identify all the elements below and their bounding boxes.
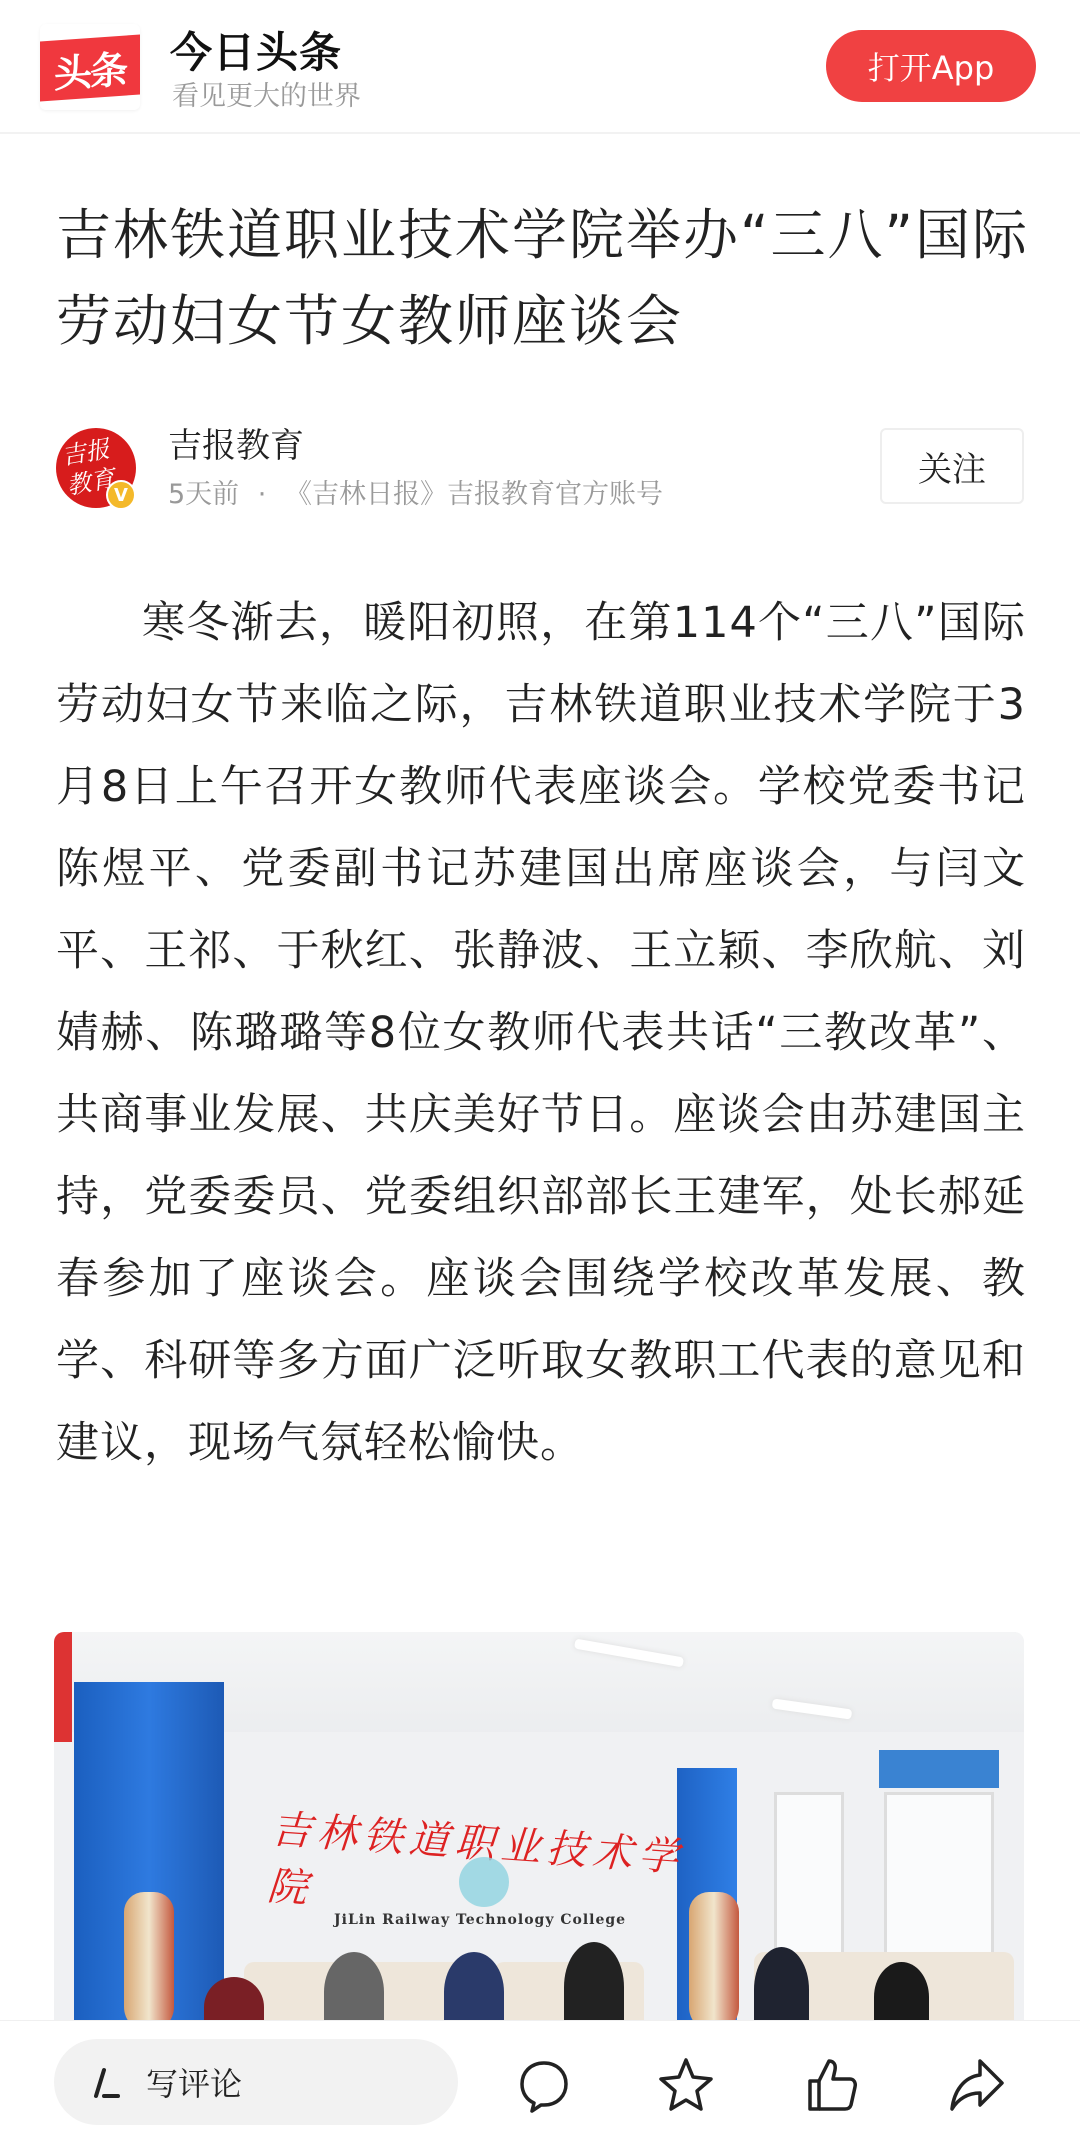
- photo-vase: [124, 1892, 174, 2032]
- follow-button[interactable]: 关注: [880, 428, 1024, 504]
- comment-icon[interactable]: [514, 2055, 574, 2115]
- author-avatar[interactable]: 吉报教育 V: [56, 428, 136, 508]
- article-title: 吉林铁道职业技术学院举办“三八”国际劳动妇女节女教师座谈会: [56, 192, 1046, 364]
- photo-sign-english: JiLin Railway Technology College: [334, 1912, 626, 1928]
- like-icon[interactable]: [802, 2055, 862, 2115]
- bottom-action-bar: 写评论: [0, 2020, 1080, 2129]
- article-paragraph: 寒冬渐去，暖阳初照，在第114个“三八”国际劳动妇女节来临之际，吉林铁道职业技术…: [56, 582, 1026, 1484]
- app-name: 今日头条: [170, 20, 342, 80]
- app-header: 头条 今日头条 看见更大的世界 打开App: [0, 0, 1080, 134]
- meta-separator: ·: [258, 479, 267, 510]
- star-icon[interactable]: [656, 2055, 716, 2115]
- pen-icon: [88, 2062, 128, 2102]
- author-description: 《吉林日报》吉报教育官方账号: [285, 479, 663, 510]
- logo-text: 头条: [40, 35, 140, 102]
- photo-vase: [689, 1892, 739, 2032]
- author-meta: 5天前 · 《吉林日报》吉报教育官方账号: [168, 472, 663, 511]
- comment-placeholder: 写评论: [146, 2059, 242, 2105]
- toutiao-logo[interactable]: 头条: [40, 24, 140, 110]
- article-photo[interactable]: 吉林铁道职业技术学院 JiLin Railway Technology Coll…: [54, 1632, 1024, 2032]
- write-comment-input[interactable]: 写评论: [54, 2039, 458, 2125]
- publish-time: 5天前: [168, 479, 239, 510]
- open-app-button[interactable]: 打开App: [826, 30, 1036, 102]
- share-icon[interactable]: [946, 2055, 1006, 2115]
- app-slogan: 看见更大的世界: [172, 74, 361, 113]
- photo-person: [564, 1942, 624, 2032]
- article-body: 寒冬渐去，暖阳初照，在第114个“三八”国际劳动妇女节来临之际，吉林铁道职业技术…: [56, 582, 1026, 1484]
- photo-red-banner: [54, 1632, 72, 1742]
- college-emblem-icon: [459, 1857, 509, 1907]
- verified-badge-icon: V: [106, 480, 136, 510]
- photo-blind: [879, 1750, 999, 1788]
- author-name[interactable]: 吉报教育: [168, 418, 304, 467]
